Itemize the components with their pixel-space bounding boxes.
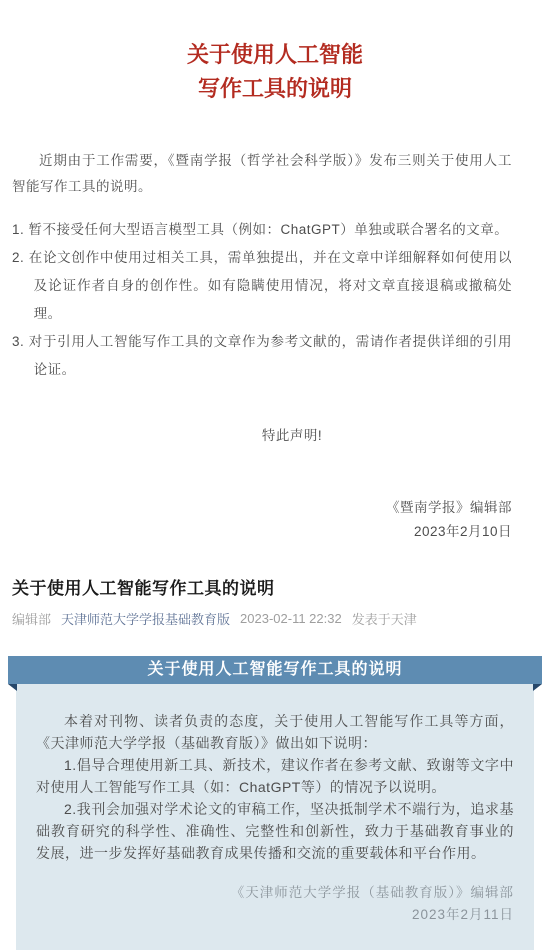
tjnu-notice-card: 本着对刊物、读者负责的态度，关于使用人工智能写作工具等方面，《天津师范大学学报（… — [16, 684, 534, 950]
notice-date: 2023年2月10日 — [12, 520, 512, 544]
card-list-item: 1.倡导合理使用新工具、新技术，建议作者在参考文献、致谢等文字中对使用人工智能写… — [36, 754, 514, 798]
account-link[interactable]: 天津师范大学学报基础教育版 — [61, 609, 230, 628]
notice-title-line1: 关于使用人工智能 — [187, 42, 363, 67]
publish-datetime: 2023-02-11 22:32 — [240, 611, 342, 626]
notice-list: 1. 暂不接受任何大型语言模型工具（例如：ChatGPT）单独或联合署名的文章。… — [12, 216, 512, 384]
notice-title-line2: 写作工具的说明 — [198, 76, 352, 101]
notice-intro: 近期由于工作需要，《暨南学报（哲学社会科学版）》发布三则关于使用人工智能写作工具… — [12, 148, 512, 200]
ribbon-banner: 关于使用人工智能写作工具的说明 — [8, 656, 542, 684]
notice-list-item: 3. 对于引用人工智能写作工具的文章作为参考文献的，需请作者提供详细的引用论证。 — [12, 328, 512, 384]
notice-title: 关于使用人工智能 写作工具的说明 — [12, 38, 512, 106]
notice-signature: 《暨南学报》编辑部 — [12, 496, 512, 520]
publish-location: 发表于天津 — [352, 609, 417, 628]
article-header: 关于使用人工智能写作工具的说明 编辑部 天津师范大学学报基础教育版 2023-0… — [0, 544, 550, 628]
notice-list-item: 1. 暂不接受任何大型语言模型工具（例如：ChatGPT）单独或联合署名的文章。 — [12, 216, 512, 244]
meta-author: 编辑部 — [12, 609, 51, 628]
jinan-notice-section: 关于使用人工智能 写作工具的说明 近期由于工作需要，《暨南学报（哲学社会科学版）… — [0, 0, 550, 544]
card-signature-block: 《天津师范大学学报（基础教育版）》编辑部 2023年2月11日 — [36, 882, 514, 926]
card-date: 2023年2月11日 — [36, 904, 514, 926]
notice-signature-block: 《暨南学报》编辑部 2023年2月10日 — [12, 496, 512, 544]
article-heading: 关于使用人工智能写作工具的说明 — [12, 574, 538, 599]
notice-declaration: 特此声明! — [12, 424, 512, 444]
article-meta: 编辑部 天津师范大学学报基础教育版 2023-02-11 22:32 发表于天津 — [12, 609, 538, 628]
ribbon-fold-right-icon — [533, 684, 542, 691]
card-intro: 本着对刊物、读者负责的态度，关于使用人工智能写作工具等方面，《天津师范大学学报（… — [36, 710, 514, 754]
card-list-item: 2.我刊会加强对学术论文的审稿工作，坚决抵制学术不端行为，追求基础教育研究的科学… — [36, 798, 514, 864]
notice-list-item: 2. 在论文创作中使用过相关工具，需单独提出，并在文章中详细解释如何使用以及论证… — [12, 244, 512, 328]
ribbon-fold-left-icon — [8, 684, 17, 691]
ribbon-banner-title: 关于使用人工智能写作工具的说明 — [8, 656, 542, 684]
card-signature: 《天津师范大学学报（基础教育版）》编辑部 — [36, 882, 514, 904]
